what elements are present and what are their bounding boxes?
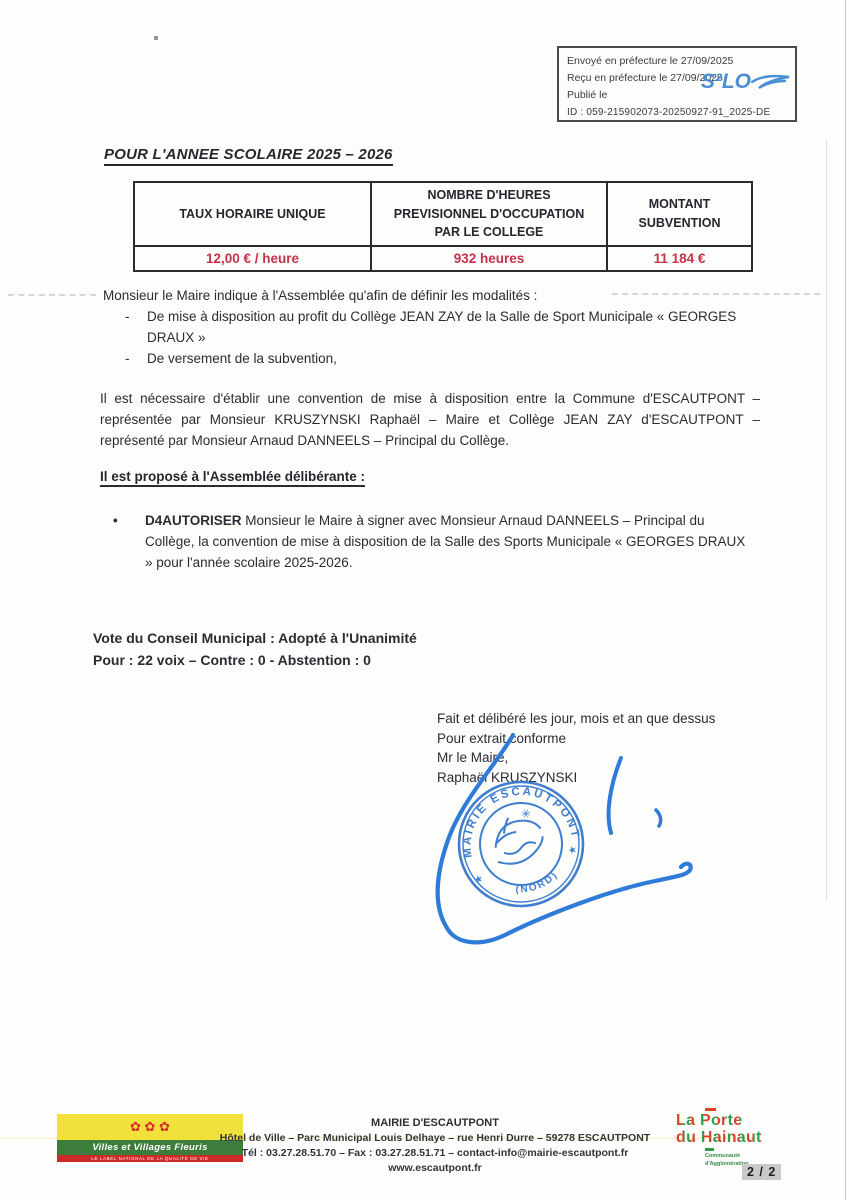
- prefecture-sent-line: Envoyé en préfecture le 27/09/2025: [567, 53, 787, 70]
- laporte-subtitle-1: Communauté: [705, 1153, 796, 1161]
- list-item-text: De mise à disposition au profit du Collè…: [147, 307, 759, 349]
- la-porte-du-hainaut-logo: La Porte du Hainaut Communauté d'Agglomé…: [676, 1112, 796, 1168]
- scan-speck: [154, 36, 158, 40]
- document-page: Envoyé en préfecture le 27/09/2025 Reçu …: [0, 0, 849, 1200]
- vote-result: Vote du Conseil Municipal : Adopté à l'U…: [93, 627, 417, 672]
- value-nombre-heures: 932 heures: [371, 246, 607, 271]
- prefecture-stamp-box: Envoyé en préfecture le 27/09/2025 Reçu …: [557, 46, 797, 122]
- list-item: - De mise à disposition au profit du Col…: [125, 307, 765, 349]
- laporte-macron-bar: [705, 1108, 716, 1111]
- stamp-arc-text: MAIRIE ESCAUTPONT: [444, 768, 583, 883]
- slo-swoosh-icon: [751, 73, 791, 91]
- footer-address-line: Hôtel de Ville – Parc Municipal Louis De…: [215, 1131, 655, 1146]
- subvention-table: TAUX HORAIRE UNIQUE NOMBRE D'HEURES PREV…: [133, 181, 753, 272]
- intro-paragraph: Monsieur le Maire indique à l'Assemblée …: [103, 286, 768, 307]
- scan-edge-line: [845, 0, 846, 1200]
- bullet-item: • D4AUTORISER Monsieur le Maire à signer…: [113, 511, 758, 574]
- header-nombre-heures: NOMBRE D'HEURES PREVISIONNEL D'OCCUPATIO…: [371, 182, 607, 246]
- proposal-heading: Il est proposé à l'Assemblée délibérante…: [100, 469, 365, 487]
- laporte-line-1: La Porte: [676, 1112, 796, 1129]
- stamp-emblem: [484, 808, 549, 870]
- dash-list: - De mise à disposition au profit du Col…: [125, 307, 765, 370]
- footer-mairie-name: MAIRIE D'ESCAUTPONT: [215, 1116, 655, 1131]
- dash-marker: -: [125, 307, 147, 349]
- slo-logo: S²LO: [701, 72, 791, 92]
- bullet-marker: •: [113, 511, 145, 574]
- convention-paragraph: Il est nécessaire d'établir une conventi…: [100, 389, 760, 452]
- value-taux-horaire: 12,00 € / heure: [134, 246, 371, 271]
- bullet-text-bold: D4AUTORISER: [145, 513, 242, 528]
- vote-line-2: Pour : 22 voix – Contre : 0 - Abstention…: [93, 649, 417, 671]
- header-taux-horaire: TAUX HORAIRE UNIQUE: [134, 182, 371, 246]
- bullet-text: D4AUTORISER Monsieur le Maire à signer a…: [145, 511, 750, 574]
- dash-marker: -: [125, 349, 147, 370]
- page-number: 2 / 2: [742, 1164, 781, 1180]
- footer-contact-line: Tél : 03.27.28.51.70 – Fax : 03.27.28.51…: [215, 1146, 655, 1161]
- header-montant-subvention: MONTANT SUBVENTION: [607, 182, 752, 246]
- scan-dash-artifact-left: [8, 294, 96, 296]
- table-header-row: TAUX HORAIRE UNIQUE NOMBRE D'HEURES PREV…: [134, 182, 752, 246]
- signature-tick-stroke: [656, 810, 661, 826]
- slo-logo-text: S²LO: [701, 72, 751, 92]
- signature-secondary-stroke: [609, 758, 621, 833]
- vote-line-1: Vote du Conseil Municipal : Adopté à l'U…: [93, 627, 417, 649]
- footer-address-block: MAIRIE D'ESCAUTPONT Hôtel de Ville – Par…: [215, 1116, 655, 1176]
- laporte-dash: [705, 1148, 714, 1151]
- table-value-row: 12,00 € / heure 932 heures 11 184 €: [134, 246, 752, 271]
- scan-fold-line: [826, 140, 827, 900]
- prefecture-id-line: ID : 059-215902073-20250927-91_2025-DE: [567, 104, 787, 121]
- list-item-text: De versement de la subvention,: [147, 349, 759, 370]
- stamp-star-right: ★: [567, 844, 579, 858]
- list-item: - De versement de la subvention,: [125, 349, 765, 370]
- svg-text:MAIRIE ESCAUTPONT: MAIRIE ESCAUTPONT: [444, 768, 583, 883]
- value-montant-subvention: 11 184 €: [607, 246, 752, 271]
- footer-website: www.escautpont.fr: [215, 1161, 655, 1176]
- laporte-line-2: du Hainaut: [676, 1129, 796, 1146]
- page-title: POUR L'ANNEE SCOLAIRE 2025 – 2026: [104, 146, 393, 166]
- mairie-round-stamp: MAIRIE ESCAUTPONT (NORD) ★ ★ ✳: [436, 760, 606, 930]
